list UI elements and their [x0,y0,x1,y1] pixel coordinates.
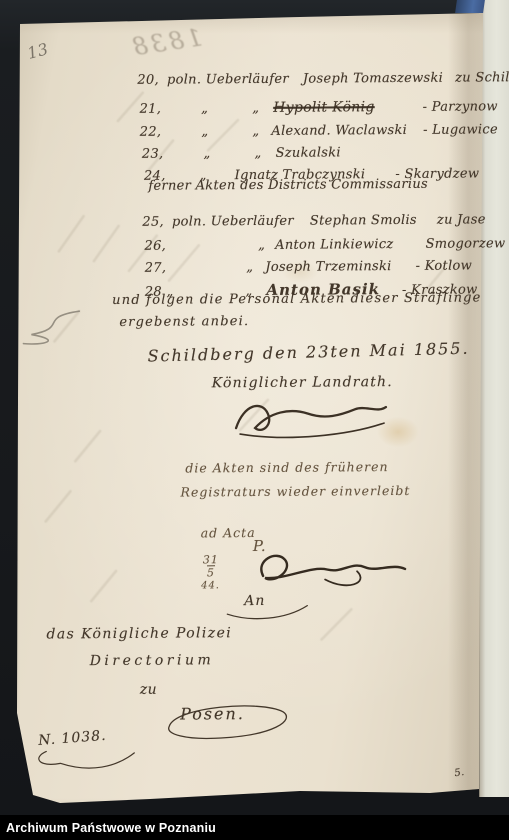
ref-year: 44. [201,580,220,591]
archive-caption-bar: Archiwum Państwowe w Poznaniu [0,815,509,840]
entry-name: Joseph Tomaszewski [303,71,443,87]
date-fraction: 31 5 [203,554,219,578]
office-title: Königlicher Landrath. [212,375,393,390]
address-line-3: zu [140,683,157,697]
landrat-signature [228,393,393,442]
address-line-1: das Königliche Polizei [46,626,232,641]
fraction-denominator: 5 [207,565,215,578]
document-number: N. 1038. [38,729,107,748]
entry-number: 20, [137,73,159,88]
registrar-note-line-1: die Akten sind des früheren [185,461,388,475]
fraction-numerator: 31 [203,554,219,565]
interline-note: ferner Akten des Districts Commissarius [148,178,428,193]
entry-place: zu Schildberg [455,70,509,86]
address-line-2: Directorium [90,653,215,668]
registrar-signature [253,547,413,596]
pencil-folio-number: 13 [26,41,50,62]
posen-flourish-oval [157,698,297,743]
manuscript-content: 1838 13 20,poln. UeberläuferJoseph Tomas… [0,0,509,840]
ad-acta-text: ad Acta [201,524,256,539]
entry-place: - Lugawice [423,122,498,138]
archive-name-label: Archiwum Państwowe w Poznaniu [6,821,216,835]
document-number-flourish [30,747,140,774]
ink-bleedthrough-number: 1838 [128,23,204,61]
page-mark: 5. [454,768,466,779]
closing-line-2: ergebenst anbei. [119,315,249,329]
entry-prefix: poln. Ueberläufer [167,72,289,88]
pencil-margin-flourish [17,307,87,351]
salutation-flourish [223,600,313,621]
registrar-note-line-2: Registraturs wieder einverleibt [180,485,410,499]
closing-line-1: und folgen die Personal Akten dieser Str… [112,291,481,307]
archival-scan-page: { "archive_bar": { "title": "Archiwum Pa… [0,0,509,840]
dateline: Schildberg den 23ten Mai 1855. [147,341,469,365]
